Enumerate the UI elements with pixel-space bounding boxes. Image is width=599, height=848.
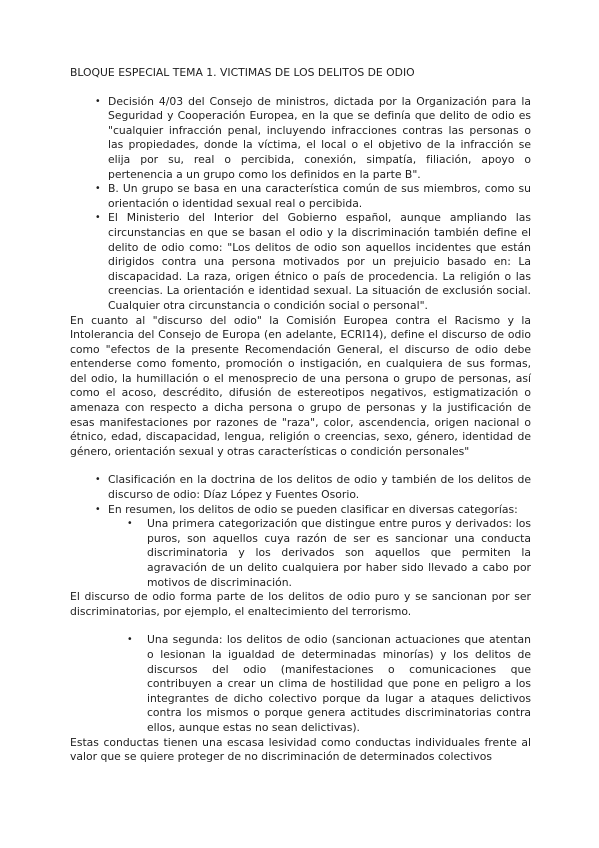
bullet-item-text: Clasificación en la doctrina de los deli… xyxy=(108,473,531,502)
classification-bullet-list: • Clasificación en la doctrina de los de… xyxy=(70,473,531,590)
document-title: BLOQUE ESPECIAL TEMA 1. VICTIMAS DE LOS … xyxy=(70,66,531,81)
low-harm-closing-paragraph: Estas conductas tienen una escasa lesivi… xyxy=(70,736,531,765)
document-page: BLOQUE ESPECIAL TEMA 1. VICTIMAS DE LOS … xyxy=(0,0,599,848)
sub-bullet-item-segunda-categorizacion: • Una segunda: los delitos de odio (sanc… xyxy=(70,633,531,735)
bullet-item-text: El Ministerio del Interior del Gobierno … xyxy=(108,211,531,313)
bullet-item-text: En resumen, los delitos de odio se puede… xyxy=(108,503,531,518)
bullet-icon: • xyxy=(70,95,108,183)
bullet-item-text: Decisión 4/03 del Consejo de ministros, … xyxy=(108,95,531,183)
second-categorization-list: • Una segunda: los delitos de odio (sanc… xyxy=(70,633,531,735)
sub-bullet-item-primera-categorizacion: • Una primera categorización que disting… xyxy=(70,517,531,590)
bullet-item-ministerio-interior: • El Ministerio del Interior del Gobiern… xyxy=(70,211,531,313)
bullet-icon: • xyxy=(70,182,108,211)
bullet-item-decision-403: • Decisión 4/03 del Consejo de ministros… xyxy=(70,95,531,183)
sub-bullet-item-text: Una segunda: los delitos de odio (sancio… xyxy=(147,633,531,735)
bullet-icon: • xyxy=(70,503,108,518)
intro-bullet-list: • Decisión 4/03 del Consejo de ministros… xyxy=(70,95,531,314)
bullet-item-group-definition: • B. Un grupo se basa en una característ… xyxy=(70,182,531,211)
bullet-icon: • xyxy=(70,517,147,590)
bullet-item-clasificacion-doctrina: • Clasificación en la doctrina de los de… xyxy=(70,473,531,502)
bullet-icon: • xyxy=(70,473,108,502)
pure-hate-crime-paragraph: El discurso de odio forma parte de los d… xyxy=(70,590,531,619)
bullet-icon: • xyxy=(70,633,147,735)
bullet-item-en-resumen: • En resumen, los delitos de odio se pue… xyxy=(70,503,531,518)
bullet-item-text: B. Un grupo se basa en una característic… xyxy=(108,182,531,211)
document-content: BLOQUE ESPECIAL TEMA 1. VICTIMAS DE LOS … xyxy=(70,66,531,765)
sub-bullet-item-text: Una primera categorización que distingue… xyxy=(147,517,531,590)
hate-speech-definition-paragraph: En cuanto al "discurso del odio" la Comi… xyxy=(70,314,531,460)
bullet-icon: • xyxy=(70,211,108,313)
